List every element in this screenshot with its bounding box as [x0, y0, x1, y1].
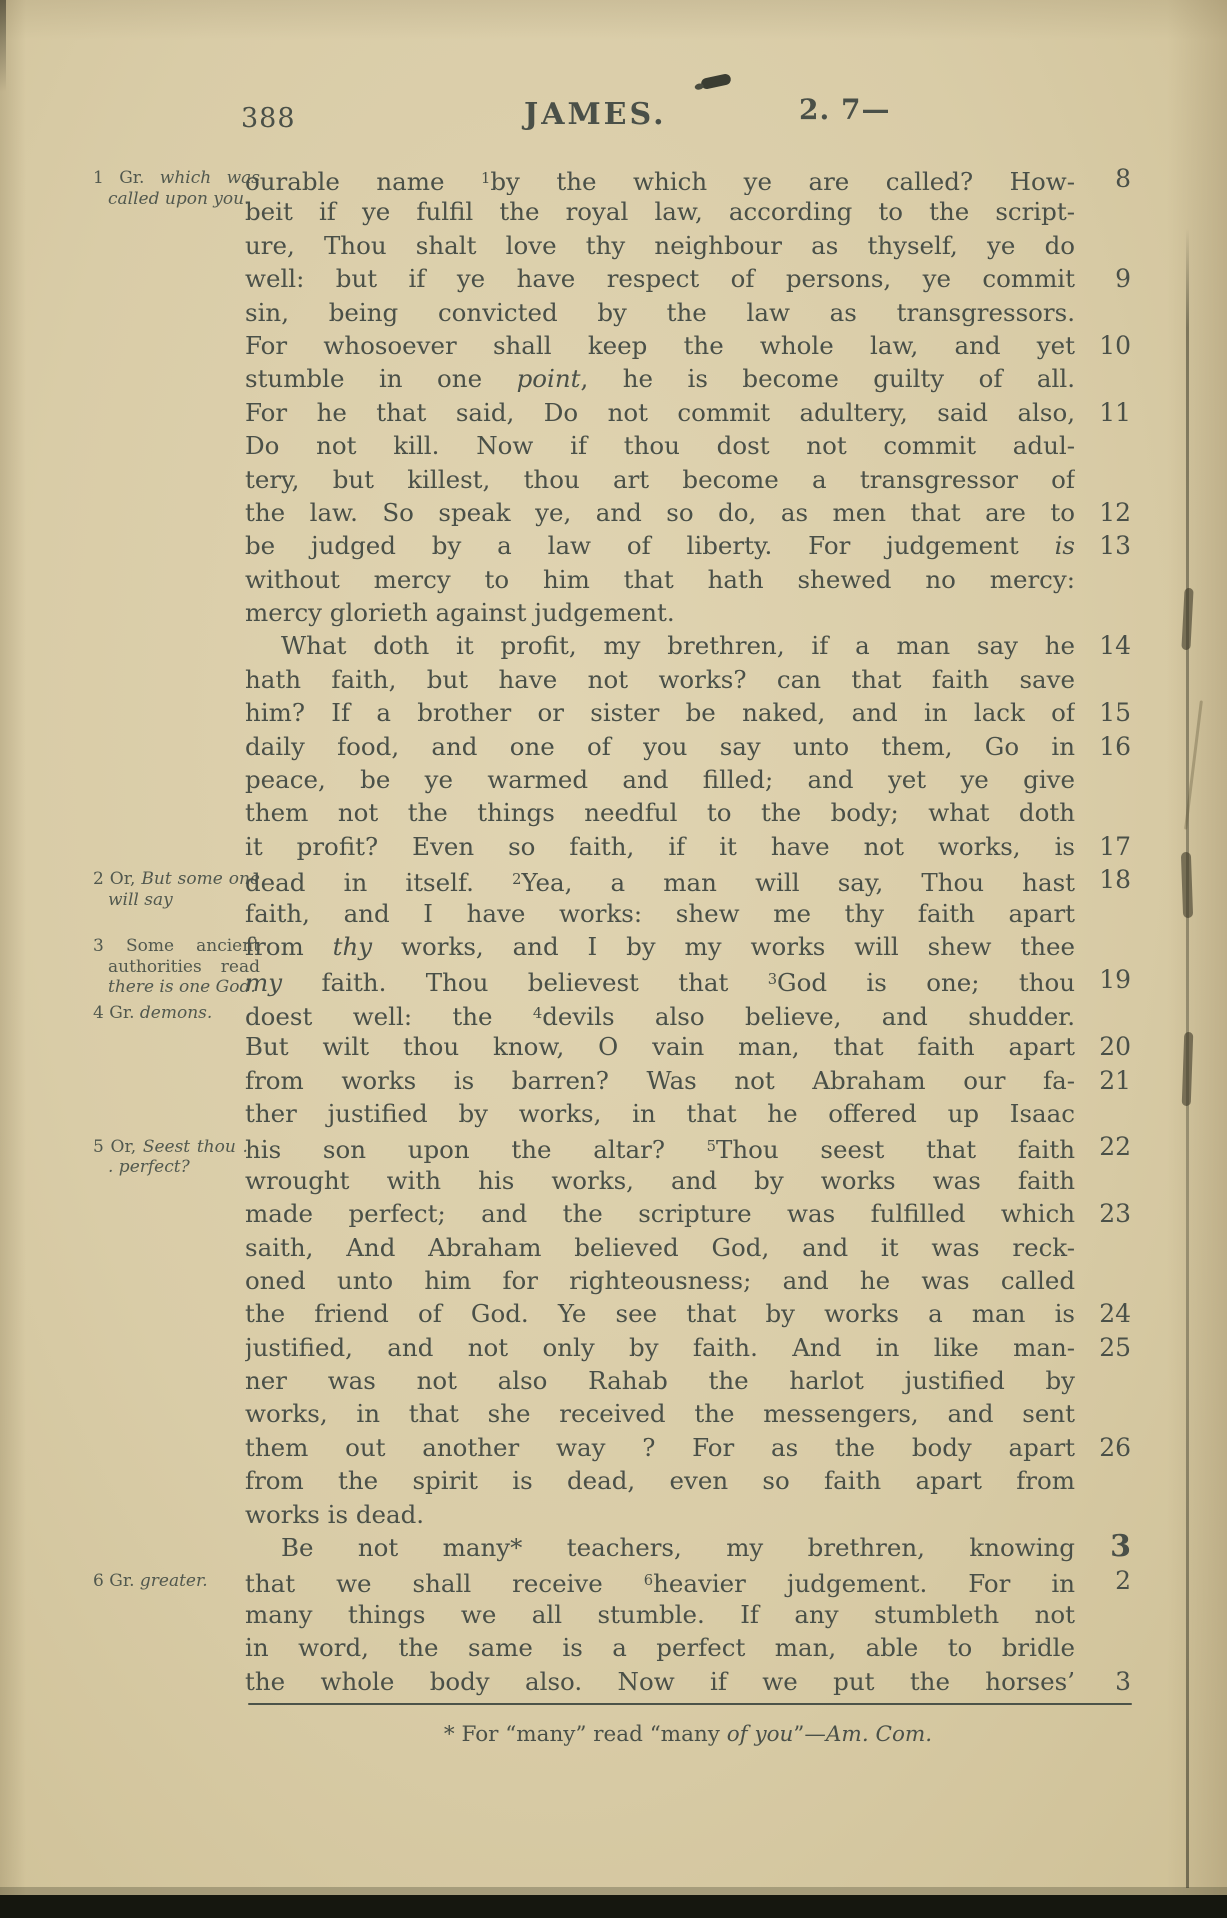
margin-note-number: 3: [93, 936, 126, 956]
text-line: daily food, and one of you say unto them…: [245, 730, 1131, 763]
line-text: works, in that she received the messenge…: [245, 1397, 1075, 1430]
text-line: that we shall receive 6heavier judgement…: [245, 1564, 1131, 1597]
text-line: them out another way ? For as the body a…: [245, 1431, 1131, 1464]
line-text: Do not kill. Now if thou dost not commit…: [245, 429, 1075, 462]
margin-note: 3 Some ancient authorities read there is…: [93, 936, 260, 998]
margin-note: 1 Gr. which was called upon you.: [93, 168, 260, 209]
line-text: the law. So speak ye, and so do, as men …: [245, 496, 1075, 529]
verse-number: 19: [1081, 963, 1131, 996]
margin-note: 6 Gr. greater.: [93, 1571, 260, 1592]
verse-number: 18: [1081, 863, 1131, 896]
text-line: his son upon the altar? 5Thou seest that…: [245, 1130, 1131, 1163]
line-text: Be not many* teachers, my brethren, know…: [245, 1531, 1075, 1564]
chapter-number: 3: [1081, 1531, 1131, 1562]
text-line: Be not many* teachers, my brethren, know…: [245, 1531, 1131, 1564]
book-title: JAMES.: [524, 97, 667, 132]
line-text: dead in itself. 2Yea, a man will say, Th…: [245, 863, 1075, 896]
text-line: in word, the same is a perfect man, able…: [245, 1631, 1131, 1664]
line-text: him? If a brother or sister be naked, an…: [245, 696, 1075, 729]
line-text: it profit? Even so faith, if it have not…: [245, 830, 1075, 863]
line-text: daily food, and one of you say unto them…: [245, 730, 1075, 763]
margin-note-number: 1: [93, 168, 119, 188]
text-line: tery, but killest, thou art become a tra…: [245, 463, 1131, 496]
verse-number: 25: [1081, 1331, 1131, 1364]
line-text: peace, be ye warmed and filled; and yet …: [245, 763, 1075, 796]
margin-note: 5 Or, Seest thou . . . perfect?: [93, 1137, 260, 1178]
line-text: from works is barren? Was not Abraham ou…: [245, 1064, 1075, 1097]
line-text: mercy glorieth against judgement.: [245, 596, 1075, 629]
corner-shadow: [0, 0, 6, 92]
line-text: the friend of God. Ye see that by works …: [245, 1297, 1075, 1330]
line-text: tery, but killest, thou art become a tra…: [245, 463, 1075, 496]
verse-number: 10: [1081, 329, 1131, 362]
line-text: that we shall receive 6heavier judgement…: [245, 1564, 1075, 1597]
margin-note-number: 5: [93, 1137, 111, 1157]
line-text: doest well: the 4devils also believe, an…: [245, 997, 1075, 1030]
edge-smudge: [1181, 852, 1193, 918]
verse-number: 12: [1081, 496, 1131, 529]
line-text: ourable name 1by the which ye are called…: [245, 162, 1075, 195]
line-text: ther justified by works, in that he offe…: [245, 1097, 1075, 1130]
margin-note-number: 4: [93, 1003, 109, 1023]
line-text: made perfect; and the scripture was fulf…: [245, 1197, 1075, 1230]
text-line: ure, Thou shalt love thy neighbour as th…: [245, 229, 1131, 262]
text-line: Do not kill. Now if thou dost not commit…: [245, 429, 1131, 462]
text-line: dead in itself. 2Yea, a man will say, Th…: [245, 863, 1131, 896]
line-text: wrought with his works, and by works was…: [245, 1164, 1075, 1197]
verse-number: 14: [1081, 629, 1131, 662]
text-line: from thy works, and I by my works will s…: [245, 930, 1131, 963]
line-text: ure, Thou shalt love thy neighbour as th…: [245, 229, 1075, 262]
verse-number: 8: [1081, 162, 1131, 195]
verse-number: 13: [1081, 529, 1131, 562]
text-line: stumble in one point, he is become guilt…: [245, 362, 1131, 395]
text-line: the whole body also. Now if we put the h…: [245, 1665, 1131, 1698]
margin-note-number: 6: [93, 1571, 109, 1591]
verse-number: 15: [1081, 696, 1131, 729]
line-text: from the spirit is dead, even so faith a…: [245, 1464, 1075, 1497]
verse-number: 21: [1081, 1064, 1131, 1097]
margin-note-number: 2: [93, 869, 110, 889]
text-line: made perfect; and the scripture was fulf…: [245, 1197, 1131, 1230]
footnote-rule: [248, 1703, 1132, 1705]
text-line: mercy glorieth against judgement.: [245, 596, 1131, 629]
text-line: saith, And Abraham believed God, and it …: [245, 1231, 1131, 1264]
text-line: be judged by a law of liberty. For judge…: [245, 529, 1131, 562]
line-text: faith, and I have works: shew me thy fai…: [245, 897, 1075, 930]
line-text: For he that said, Do not commit adultery…: [245, 396, 1075, 429]
text-line: But wilt thou know, O vain man, that fai…: [245, 1030, 1131, 1063]
verse-number: 20: [1081, 1030, 1131, 1063]
text-line: ner was not also Rahab the harlot justif…: [245, 1364, 1131, 1397]
text-line: well: but if ye have respect of persons,…: [245, 262, 1131, 295]
text-line: from the spirit is dead, even so faith a…: [245, 1464, 1131, 1497]
text-line: doest well: the 4devils also believe, an…: [245, 997, 1131, 1030]
text-line: them not the things needful to the body;…: [245, 796, 1131, 829]
margin-note: 2 Or, But some one will say: [93, 869, 260, 910]
verse-number: 16: [1081, 730, 1131, 763]
verse-number: 9: [1081, 262, 1131, 295]
text-line: sin, being convicted by the law as trans…: [245, 296, 1131, 329]
bottom-edge-fade: [0, 1887, 1227, 1895]
text-line: without mercy to him that hath shewed no…: [245, 563, 1131, 596]
verse-number: 17: [1081, 830, 1131, 863]
line-text: sin, being convicted by the law as trans…: [245, 296, 1075, 329]
text-line: peace, be ye warmed and filled; and yet …: [245, 763, 1131, 796]
line-text: many things we all stumble. If any stumb…: [245, 1598, 1075, 1631]
text-line: from works is barren? Was not Abraham ou…: [245, 1064, 1131, 1097]
text-line: faith, and I have works: shew me thy fai…: [245, 897, 1131, 930]
line-text: What doth it profit, my brethren, if a m…: [245, 629, 1075, 662]
text-line: it profit? Even so faith, if it have not…: [245, 830, 1131, 863]
verse-number: 3: [1081, 1665, 1131, 1698]
line-text: his son upon the altar? 5Thou seest that…: [245, 1130, 1075, 1163]
text-line: the friend of God. Ye see that by works …: [245, 1297, 1131, 1330]
line-text: the whole body also. Now if we put the h…: [245, 1665, 1075, 1698]
line-text: without mercy to him that hath shewed no…: [245, 563, 1075, 596]
body-lines: ourable name 1by the which ye are called…: [245, 162, 1131, 1698]
text-line: What doth it profit, my brethren, if a m…: [245, 629, 1131, 662]
edge-smudge: [1182, 1032, 1194, 1106]
line-text: them not the things needful to the body;…: [245, 796, 1075, 829]
line-text: in word, the same is a perfect man, able…: [245, 1631, 1075, 1664]
line-text: well: but if ye have respect of persons,…: [245, 262, 1075, 295]
verse-number: 11: [1081, 396, 1131, 429]
page-number: 388: [241, 103, 296, 134]
text-line: ther justified by works, in that he offe…: [245, 1097, 1131, 1130]
line-text: oned unto him for righteousness; and he …: [245, 1264, 1075, 1297]
text-line: him? If a brother or sister be naked, an…: [245, 696, 1131, 729]
ink-smudge: [700, 73, 732, 90]
text-line: hath faith, but have not works? can that…: [245, 663, 1131, 696]
text-line: the law. So speak ye, and so do, as men …: [245, 496, 1131, 529]
verse-number: 23: [1081, 1197, 1131, 1230]
text-line: ourable name 1by the which ye are called…: [245, 162, 1131, 195]
line-text: from thy works, and I by my works will s…: [245, 930, 1075, 963]
line-text: For whosoever shall keep the whole law, …: [245, 329, 1075, 362]
line-text: stumble in one point, he is become guilt…: [245, 362, 1075, 395]
line-text: But wilt thou know, O vain man, that fai…: [245, 1030, 1075, 1063]
text-line: my faith. Thou believest that 3God is on…: [245, 963, 1131, 996]
text-line: oned unto him for righteousness; and he …: [245, 1264, 1131, 1297]
edge-smudge: [1181, 588, 1193, 650]
verse-number: 26: [1081, 1431, 1131, 1464]
line-text: works is dead.: [245, 1498, 1075, 1531]
line-text: justified, and not only by faith. And in…: [245, 1331, 1075, 1364]
verse-number: 24: [1081, 1297, 1131, 1330]
text-line: justified, and not only by faith. And in…: [245, 1331, 1131, 1364]
chapter-verse-ref: 2. 7—: [799, 93, 890, 126]
margin-note: 4 Gr. demons.: [93, 1003, 260, 1024]
text-line: many things we all stumble. If any stumb…: [245, 1598, 1131, 1631]
text-line: wrought with his works, and by works was…: [245, 1164, 1131, 1197]
verse-number: 22: [1081, 1130, 1131, 1163]
line-text: be judged by a law of liberty. For judge…: [245, 529, 1075, 562]
verse-number: 2: [1081, 1564, 1131, 1597]
page-bottom-edge: [0, 1895, 1227, 1918]
text-line: For he that said, Do not commit adultery…: [245, 396, 1131, 429]
scanned-page: 388 JAMES. 2. 7— 1 Gr. which was called …: [0, 0, 1227, 1918]
line-text: beit if ye fulfil the royal law, accordi…: [245, 195, 1075, 228]
line-text: them out another way ? For as the body a…: [245, 1431, 1075, 1464]
line-text: saith, And Abraham believed God, and it …: [245, 1231, 1075, 1264]
text-line: For whosoever shall keep the whole law, …: [245, 329, 1131, 362]
line-text: my faith. Thou believest that 3God is on…: [245, 963, 1075, 996]
text-line: beit if ye fulfil the royal law, accordi…: [245, 195, 1131, 228]
footnote: * For “many” read “many of you”—Am. Com.: [245, 1722, 1131, 1747]
line-text: ner was not also Rahab the harlot justif…: [245, 1364, 1075, 1397]
text-line: works is dead.: [245, 1498, 1131, 1531]
line-text: hath faith, but have not works? can that…: [245, 663, 1075, 696]
text-line: works, in that she received the messenge…: [245, 1397, 1131, 1430]
